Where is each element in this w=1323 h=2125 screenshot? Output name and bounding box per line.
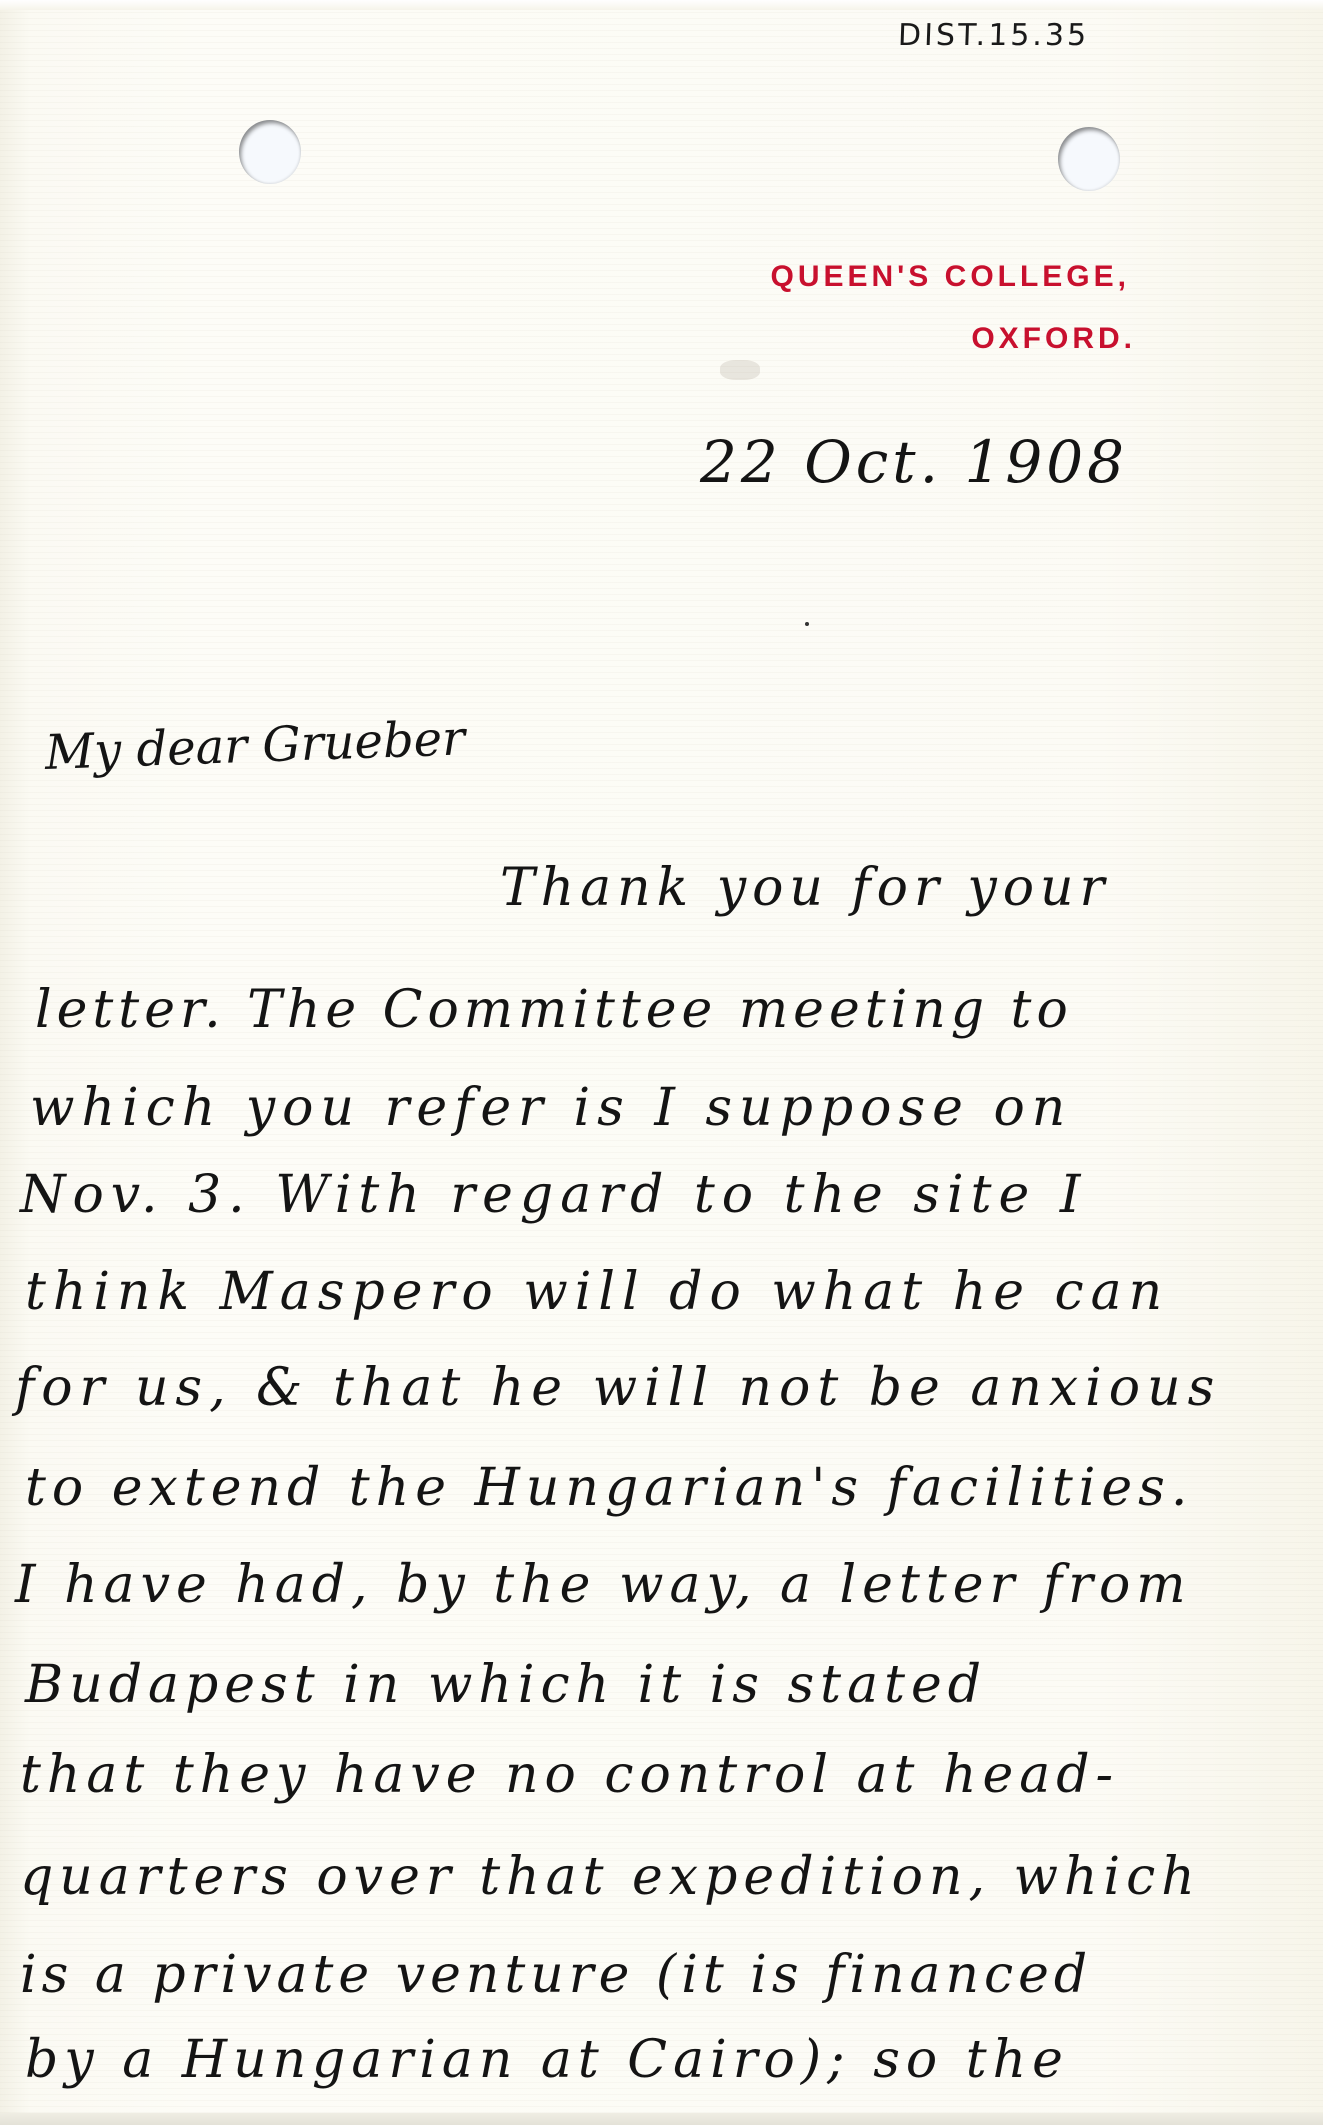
paper-bottom-edge [0, 2113, 1323, 2125]
letterhead: QUEEN'S COLLEGE, OXFORD. [770, 246, 1130, 370]
letterhead-college: QUEEN'S COLLEGE, [770, 246, 1130, 308]
body-line: Thank you for your [500, 858, 1110, 918]
ink-speck [805, 622, 809, 626]
body-line: which you refer is I suppose on [30, 1078, 1072, 1138]
punch-hole-left [239, 120, 301, 184]
body-line: I have had, by the way, a letter from [15, 1555, 1192, 1615]
body-line: Nov. 3. With regard to the site I [20, 1165, 1087, 1225]
archive-reference: DIST.15.35 [897, 18, 1089, 53]
body-line: think Maspero will do what he can [25, 1262, 1169, 1322]
body-line: by a Hungarian at Cairo); so the [25, 2030, 1069, 2090]
letterhead-city: OXFORD. [770, 308, 1136, 370]
body-line: letter. The Committee meeting to [35, 980, 1073, 1040]
body-line: quarters over that expedition, which [20, 1847, 1201, 1907]
paper-smudge [720, 360, 760, 380]
punch-hole-right [1058, 127, 1120, 191]
body-line: is a private venture (it is financed [20, 1945, 1092, 2005]
body-line: that they have no control at head- [20, 1745, 1119, 1805]
body-line: for us, & that he will not be anxious [15, 1358, 1221, 1418]
body-line: Budapest in which it is stated [25, 1655, 987, 1715]
letter-date: 22 Oct. 1908 [700, 428, 1128, 496]
paper-top-edge [0, 0, 1323, 10]
body-line: to extend the Hungarian's facilities. [25, 1458, 1193, 1518]
